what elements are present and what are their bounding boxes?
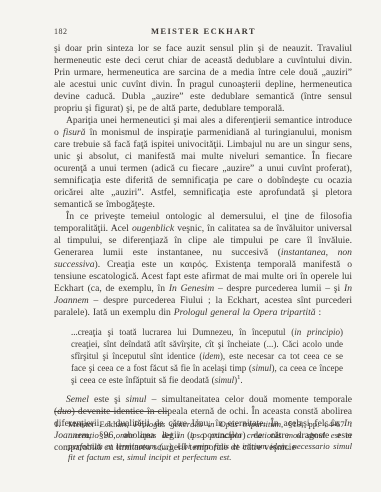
page-body: şi doar prin sinteza lor se face auzit s…: [54, 43, 352, 454]
book-page: 182 MEISTER ECKHART şi doar prin sinteza…: [0, 0, 381, 492]
running-header: 182 MEISTER ECKHART: [54, 26, 353, 38]
paragraph-hermeneutics: Apariţia unei hermeneutici şi mai ales a…: [54, 115, 352, 211]
paragraph-ontology: În ce priveşte temeiul ontologic al deme…: [54, 211, 352, 319]
footnote-marker: 1.: [54, 419, 61, 430]
footnote: 1. Meister Eckhart, Prologus generalis i…: [54, 419, 352, 463]
footnote-rule: [54, 411, 168, 412]
running-title: MEISTER ECKHART: [54, 26, 353, 36]
page-number: 182: [54, 27, 68, 36]
block-quote: ...creaţia şi toată lucrarea lui Dumneze…: [71, 326, 343, 386]
footnote-text: Meister Eckhart, Prologus generalis in O…: [68, 419, 352, 462]
paragraph-continuation: şi doar prin sinteza lor se face auzit s…: [54, 43, 352, 115]
footnote-area: 1. Meister Eckhart, Prologus generalis i…: [54, 411, 352, 463]
